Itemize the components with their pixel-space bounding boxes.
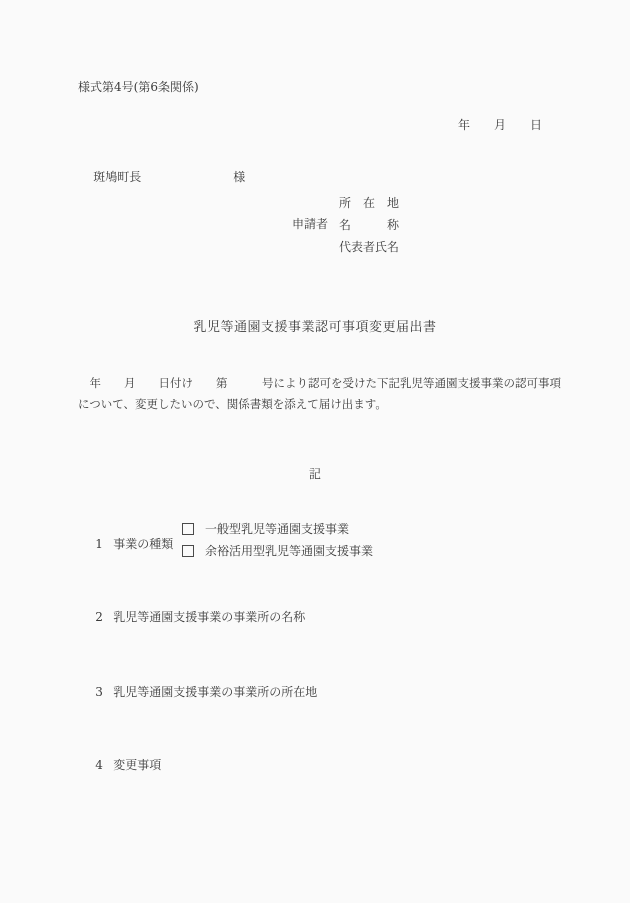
item-3-number: 3 <box>95 685 113 699</box>
record-heading: 記 <box>0 467 630 481</box>
item-1-heading: 1事業の種類 <box>80 523 173 565</box>
date-month-label: 月 <box>494 118 506 132</box>
date-line: 年 月 日 <box>458 118 542 132</box>
item-2-heading: 2乳児等通園支援事業の事業所の名称 <box>80 596 305 638</box>
applicant-block: 所 在 地 名 称 代表者氏名 <box>339 196 399 262</box>
applicant-label: 申請者 <box>292 217 328 231</box>
item-4-label: 変更事項 <box>113 758 161 772</box>
checkbox-general-type[interactable] <box>182 523 194 535</box>
checkbox-reserve-type[interactable] <box>182 545 194 557</box>
item-1-number: 1 <box>95 537 113 551</box>
form-number: 様式第4号(第6条関係) <box>78 80 199 94</box>
notice-body-line-1: 年 月 日付け 第 号により認可を受けた下記乳児等通園支援事業の認可事項 <box>78 376 561 390</box>
document-page: 様式第4号(第6条関係) 年 月 日 斑鳩町長様 申請者 所 在 地 名 称 代… <box>0 0 630 903</box>
addressee-name: 斑鳩町長 <box>93 170 141 184</box>
option-general-type-label: 一般型乳児等通園支援事業 <box>205 522 349 536</box>
date-day-label: 日 <box>530 118 542 132</box>
date-year-label: 年 <box>458 118 470 132</box>
applicant-field-name: 名 称 <box>339 218 399 240</box>
item-3-label: 乳児等通園支援事業の事業所の所在地 <box>113 685 317 699</box>
item-4-heading: 4変更事項 <box>80 744 161 786</box>
document-title: 乳児等通園支援事業認可事項変更届出書 <box>0 316 630 335</box>
item-3-heading: 3乳児等通園支援事業の事業所の所在地 <box>80 671 317 713</box>
item-4-number: 4 <box>95 758 113 772</box>
applicant-field-representative: 代表者氏名 <box>339 240 399 262</box>
addressee-line: 斑鳩町長様 <box>78 156 245 198</box>
option-general-type: 一般型乳児等通園支援事業 <box>182 522 349 536</box>
addressee-honorific: 様 <box>233 170 245 184</box>
item-2-number: 2 <box>95 610 113 624</box>
option-reserve-type: 余裕活用型乳児等通園支援事業 <box>182 544 373 558</box>
item-1-label: 事業の種類 <box>113 537 173 551</box>
item-2-label: 乳児等通園支援事業の事業所の名称 <box>113 610 305 624</box>
notice-body-line-2: について、変更したいので、関係書類を添えて届け出ます。 <box>78 397 387 411</box>
applicant-field-address: 所 在 地 <box>339 196 399 218</box>
option-reserve-type-label: 余裕活用型乳児等通園支援事業 <box>205 544 373 558</box>
